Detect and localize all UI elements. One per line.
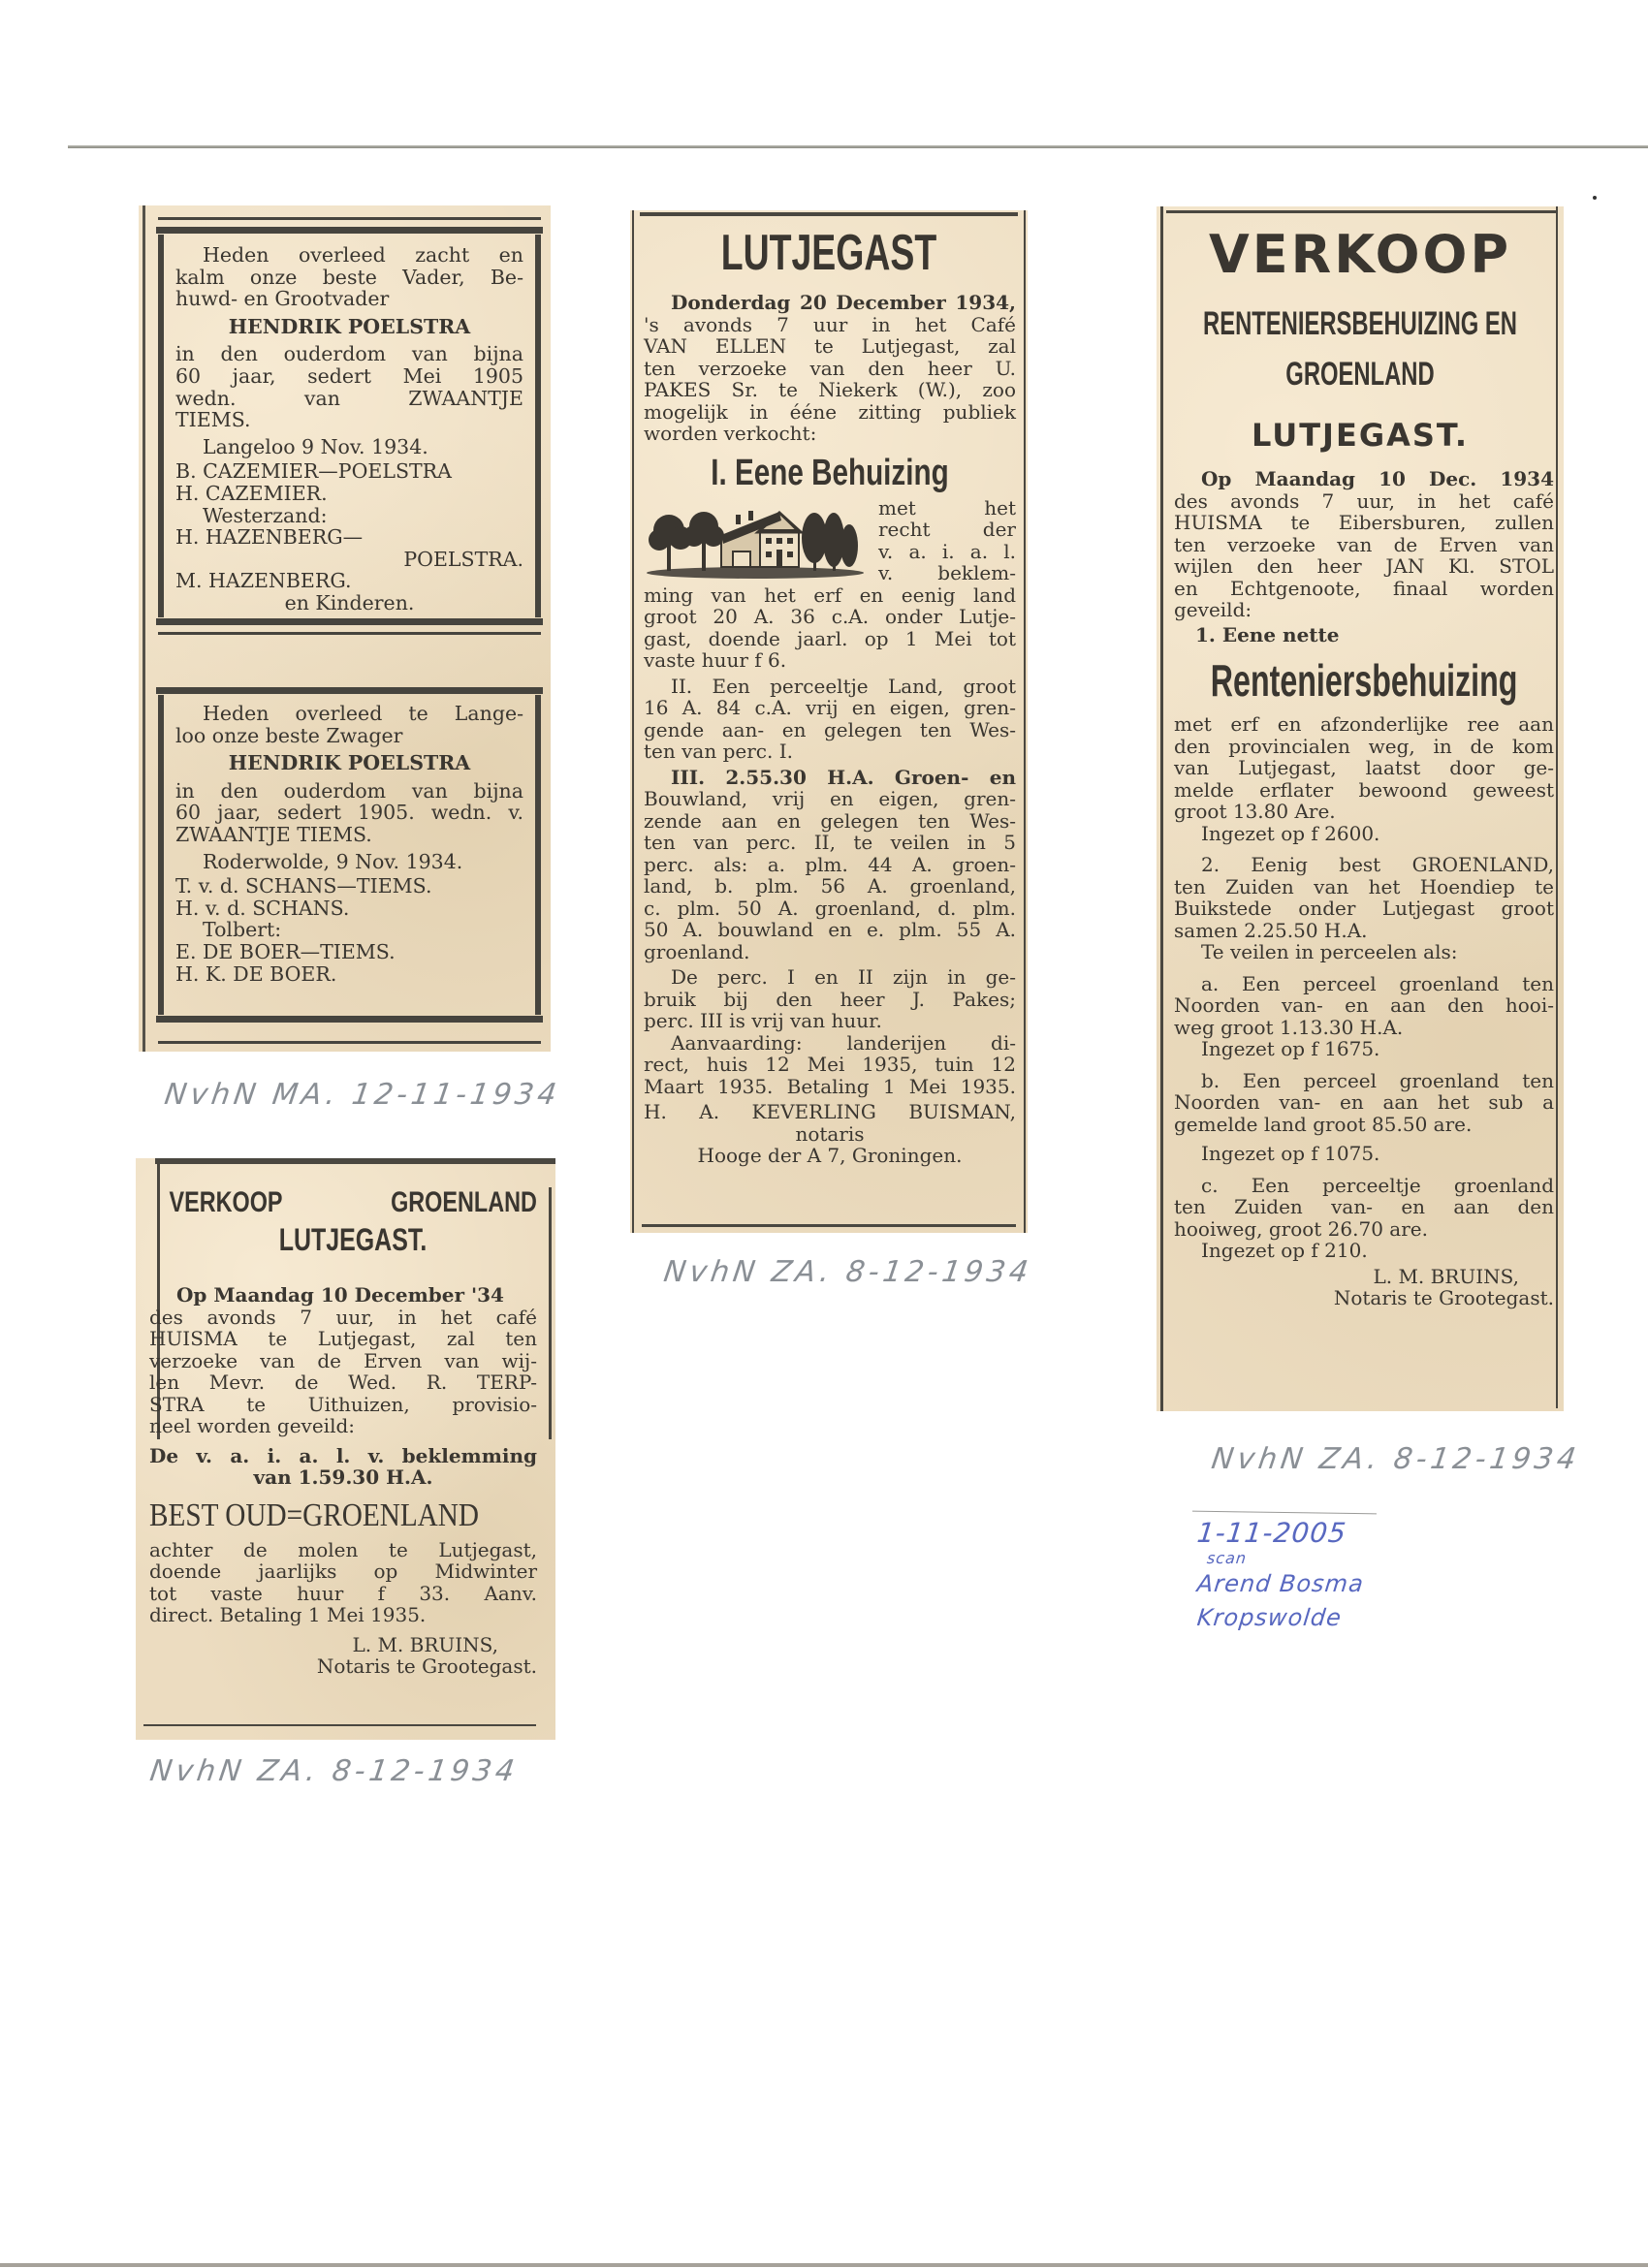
body-line: Maart 1935. Betaling 1 Mei 1935. [644, 1076, 1016, 1098]
body-line: perc. III is vrij van huur. [644, 1010, 1016, 1032]
body-line: verzoeke van de Erven van wij- [149, 1350, 537, 1372]
starting-price: Ingezet op f 210. [1174, 1240, 1554, 1262]
farmhouse-with-trees-icon [644, 501, 867, 581]
parcel-line: b. Een perceel groenland ten [1174, 1070, 1554, 1092]
body-line: neel worden geveild: [149, 1415, 537, 1437]
starting-price: Ingezet op f 2600. [1174, 823, 1554, 845]
body-line: 2. Eenig best GROENLAND, [1174, 854, 1554, 876]
body-line: groot 20 A. 36 c.A. onder Lutje- [644, 606, 1016, 628]
body-line: ten verzoeke van de Erven van [1174, 534, 1554, 556]
signer: H. HAZENBERG— [175, 526, 523, 549]
body-line: ten Zuiden van het Hoendiep te [1174, 876, 1554, 898]
body-line: De perc. I en II zijn in ge- [644, 966, 1016, 989]
body-line: mogelijk in ééne zitting publiek [644, 401, 1016, 424]
frame [642, 1224, 1016, 1227]
parcel-line: ten Zuiden van- en aan den [1174, 1196, 1554, 1218]
body-line: des avonds 7 uur, in het café [149, 1307, 537, 1329]
body-line: 16 A. 84 c.A. vrij en eigen, gren- [644, 697, 1016, 719]
notary-name: H. A. KEVERLING BUISMAN, [644, 1101, 1016, 1123]
body-line: Bouwland, vrij en eigen, gren- [644, 788, 1016, 810]
place-date: Roderwolde, 9 Nov. 1934. [175, 851, 523, 873]
handwritten-source-note-2: NvhN ZA. 8-12-1934 [148, 1754, 521, 1788]
sale-date: Op Maandag 10 December '34 [149, 1284, 537, 1307]
lot-label: 1. Eene nette [1174, 624, 1554, 646]
border-bar [156, 618, 543, 625]
signer-place: Westerzand: [175, 505, 523, 527]
notice-line: wedn. van ZWAANTJE [175, 388, 523, 410]
body-line: rect, huis 12 Mei 1935, tuin 12 [644, 1054, 1016, 1076]
rule [158, 632, 541, 635]
frame [1024, 210, 1026, 1233]
notary-title: notaris [644, 1123, 1016, 1146]
body-line: worden verkocht: [644, 423, 1016, 445]
lot-title: Renteniersbehuizing [1211, 649, 1517, 711]
body-line: VAN ELLEN te Lutjegast, zal [644, 335, 1016, 358]
body-line: met erf en afzonderlijke ree aan [1174, 713, 1554, 736]
body-line: melde erflater bewoond geweest [1174, 779, 1554, 802]
body-line: gende aan- en gelegen ten Wes- [644, 719, 1016, 741]
body-line: ten van perc. II, te veilen in 5 [644, 832, 1016, 854]
body-line: wijlen den heer JAN Kl. STOL [1174, 555, 1554, 578]
body-line: doende jaarlijks op Midwinter [149, 1560, 537, 1583]
signer: B. CAZEMIER—POELSTRA [175, 460, 523, 483]
body-line: 's avonds 7 uur in het Café [644, 314, 1016, 336]
body-line: Buikstede onder Lutjegast groot [1174, 898, 1554, 920]
death-notices-clipping: Heden overleed zacht en kalm onze beste … [139, 205, 551, 1052]
notary-title: Notaris te Grootegast. [149, 1655, 537, 1678]
border-bar [156, 227, 543, 234]
signer: H. CAZEMIER. [175, 483, 523, 505]
starting-price: Ingezet op f 1075. [1174, 1143, 1554, 1165]
notice-line: 60 jaar, sedert Mei 1905 [175, 365, 523, 388]
notary-title: Notaris te Grootegast. [1174, 1287, 1554, 1309]
frame [640, 212, 1018, 216]
place-date: Langeloo 9 Nov. 1934. [175, 436, 523, 458]
death-notice-1: Heden overleed zacht en kalm onze beste … [158, 235, 541, 617]
speck [1593, 196, 1597, 200]
frame [143, 1724, 536, 1726]
notice-line: TIEMS. [175, 409, 523, 431]
body-line: samen 2.25.50 H.A. [1174, 920, 1554, 942]
top-rule [68, 145, 1648, 148]
parcel-line: gemelde land groot 85.50 are. [1174, 1114, 1554, 1136]
sale-date: Donderdag 20 December 1934, [644, 292, 1016, 314]
signer: E. DE BOER—TIEMS. [175, 941, 523, 963]
body-line: ten verzoeke van den heer U. [644, 358, 1016, 380]
subheadline: GROENLAND [1218, 354, 1503, 394]
body-line: II. Een perceeltje Land, groot [644, 676, 1016, 698]
border-bar [156, 687, 543, 694]
notice-line: Heden overleed te Lange- [175, 703, 523, 725]
body-line: vaste huur f 6. [644, 649, 1016, 672]
notice-line: 60 jaar, sedert 1905. wedn. v. [175, 802, 523, 824]
body-line: van Lutjegast, laatst door ge- [1174, 757, 1554, 779]
notice-line: huwd- en Grootvader [175, 288, 523, 310]
scan-note-rule [1192, 1511, 1377, 1515]
frame [155, 1158, 555, 1164]
handwritten-source-note-4: NvhN ZA. 8-12-1934 [1210, 1442, 1582, 1476]
deceased-name: HENDRIK POELSTRA [175, 752, 523, 774]
body-line: land, b. plm. 56 A. groenland, [644, 875, 1016, 898]
parcel-line: weg groot 1.13.30 H.A. [1174, 1017, 1554, 1039]
headline: LUTJEGAST [685, 224, 971, 282]
scan-date: 1-11-2005 [1195, 1517, 1365, 1550]
headline: VERKOOP GROENLAND [169, 1185, 536, 1220]
notice-line: ZWAANTJE TIEMS. [175, 824, 523, 846]
frame [1160, 206, 1163, 1411]
verkoop-renteniersbehuizing-clipping: VERKOOP RENTENIERSBEHUIZING EN GROENLAND… [1157, 206, 1564, 1411]
body-line: geveild: [1174, 599, 1554, 621]
body-line: des avonds 7 uur, in het café [1174, 490, 1554, 513]
headline: LUTJEGAST. [209, 1220, 496, 1259]
lot-title: I. Eene Behuizing [684, 449, 975, 497]
body-line: zende aan en gelegen ten Wes- [644, 810, 1016, 833]
headline: VERKOOP [1157, 224, 1564, 286]
body-line: den provincialen weg, in de kom [1174, 736, 1554, 758]
subheadline: LUTJEGAST. [1157, 416, 1564, 455]
body-line: 50 A. bouwland en e. plm. 55 A. [644, 919, 1016, 941]
body-line: HUISMA te Lutjegast, zal ten [149, 1328, 537, 1350]
parcel-line: c. Een perceeltje groenland [1174, 1175, 1554, 1197]
body-line: direct. Betaling 1 Mei 1935. [149, 1604, 537, 1626]
body-line: len Mevr. de Wed. R. TERP- [149, 1371, 537, 1394]
parcel-line: Noorden van- en aan het sub a [1174, 1091, 1554, 1114]
notice-line: in den ouderdom van bijna [175, 780, 523, 803]
signer-place: Tolbert: [175, 919, 523, 941]
body-line: Aanvaarding: landerijen di- [644, 1032, 1016, 1055]
handwritten-source-note-3: NvhN ZA. 8-12-1934 [662, 1255, 1034, 1289]
notary-address: Hooge der A 7, Groningen. [644, 1145, 1016, 1167]
frame [632, 210, 634, 1233]
lot-line: De v. a. i. a. l. v. beklemming [149, 1445, 537, 1467]
body-line: perc. als: a. plm. 44 A. groen- [644, 854, 1016, 876]
lutjegast-clipping: LUTJEGAST Donderdag 20 December 1934, 's… [630, 210, 1028, 1233]
notice-line: loo onze beste Zwager [175, 725, 523, 747]
frame [1166, 210, 1558, 213]
lot-title: BEST OUD=GROENLAND [149, 1495, 483, 1537]
notice-line: kalm onze beste Vader, Be- [175, 267, 523, 289]
scan-label: scan [1196, 1550, 1365, 1567]
verkoop-groenland-clipping: VERKOOP GROENLAND LUTJEGAST. Op Maandag … [136, 1158, 555, 1740]
body-line: STRA te Uithuizen, provisio- [149, 1394, 537, 1416]
parcel-line: Noorden van- en aan den hooi- [1174, 994, 1554, 1017]
body-line: III. 2.55.30 H.A. Groen- en [644, 767, 1016, 789]
notary-name: L. M. BRUINS, [1174, 1266, 1554, 1288]
frame [1556, 206, 1558, 1408]
scanner-name: Arend Bosma [1195, 1567, 1365, 1600]
signer: POELSTRA. [175, 549, 523, 571]
signer: H. v. d. SCHANS. [175, 898, 523, 920]
rule [158, 1041, 541, 1044]
signer: M. HAZENBERG. [175, 570, 523, 592]
body-line: achter de molen te Lutjegast, [149, 1539, 537, 1561]
signer: H. K. DE BOER. [175, 963, 523, 986]
lot-line: van 1.59.30 H.A. [149, 1466, 537, 1489]
sale-date: Op Maandag 10 Dec. 1934 [1174, 468, 1554, 490]
deceased-name: HENDRIK POELSTRA [175, 316, 523, 338]
body-line: gast, doende jaarl. op 1 Mei tot [644, 628, 1016, 650]
starting-price: Ingezet op f 1675. [1174, 1038, 1554, 1060]
body-line: HUISMA te Eibersburen, zullen [1174, 512, 1554, 534]
bottom-rule [0, 2263, 1648, 2267]
signer: en Kinderen. [175, 592, 523, 614]
body-line: groenland. [644, 941, 1016, 963]
rule [158, 217, 541, 220]
signer: T. v. d. SCHANS—TIEMS. [175, 875, 523, 898]
clip-edge-line [143, 205, 145, 1052]
parcel-line: a. Een perceel groenland ten [1174, 973, 1554, 995]
notary-name: L. M. BRUINS, [149, 1634, 537, 1656]
subheadline: RENTENIERSBEHUIZING EN [1190, 303, 1530, 344]
death-notice-2: Heden overleed te Lange- loo onze beste … [158, 695, 541, 1015]
body-line: ten van perc. I. [644, 740, 1016, 763]
body-line: ming van het erf en eenig land [644, 584, 1016, 607]
body-line: en Echtgenoote, finaal worden [1174, 578, 1554, 600]
body-line: tot vaste huur f 33. Aanv. [149, 1583, 537, 1605]
frame [549, 1187, 552, 1439]
body-line: c. plm. 50 A. groenland, d. plm. [644, 898, 1016, 920]
notice-line: Heden overleed zacht en [175, 244, 523, 267]
scanner-place: Kropswolde [1195, 1600, 1366, 1635]
notice-line: in den ouderdom van bijna [175, 343, 523, 365]
body-line: PAKES Sr. te Niekerk (W.), zoo [644, 379, 1016, 401]
scan-note: 1-11-2005 scan Arend Bosma Kropswolde [1197, 1517, 1364, 1635]
border-bar [156, 1016, 543, 1023]
body-line: groot 13.80 Are. [1174, 801, 1554, 823]
body-line: Te veilen in perceelen als: [1174, 941, 1554, 963]
parcel-line: hooiweg, groot 26.70 are. [1174, 1218, 1554, 1241]
handwritten-source-note-1: NvhN MA. 12-11-1934 [163, 1078, 562, 1112]
body-line: bruik bij den heer J. Pakes; [644, 989, 1016, 1011]
